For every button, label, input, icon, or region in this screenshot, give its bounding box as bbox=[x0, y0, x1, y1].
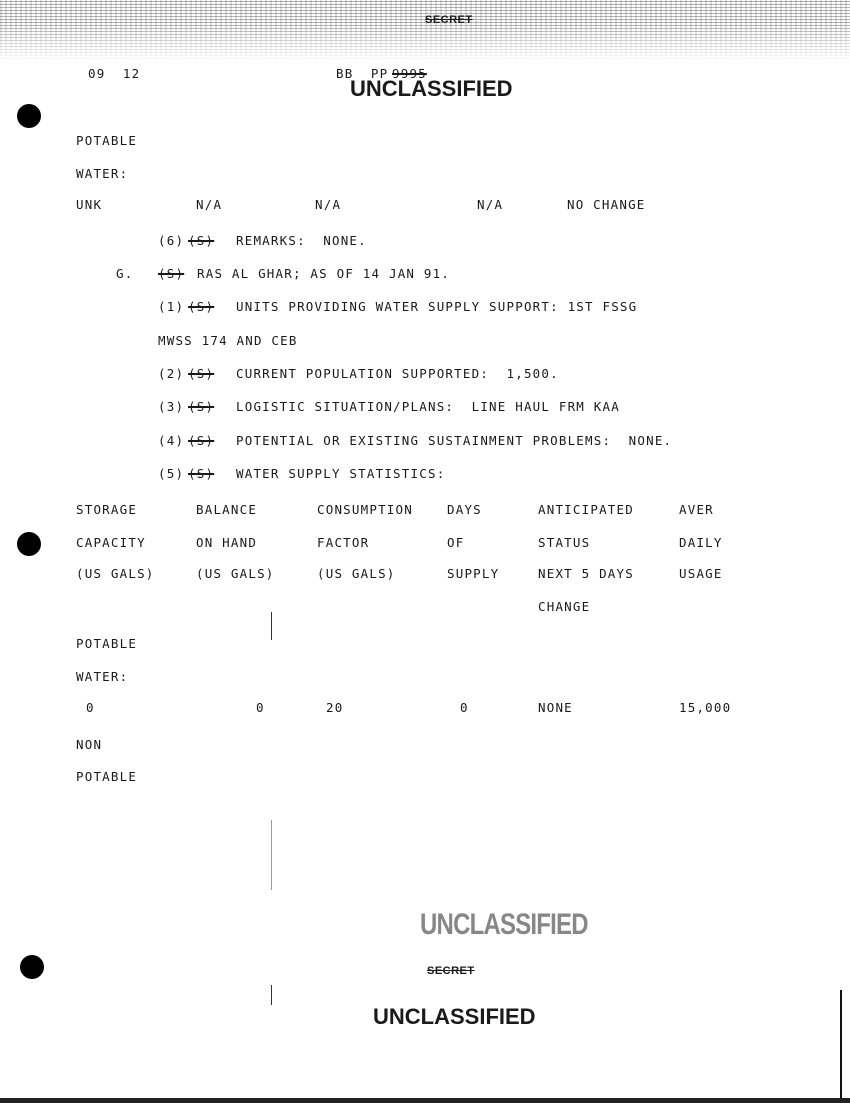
prior-val-4: NO CHANGE bbox=[567, 197, 646, 212]
item-4-struck: (S) bbox=[188, 433, 214, 448]
prior-val-1: N/A bbox=[196, 197, 222, 212]
prior-row-label-1: POTABLE bbox=[76, 133, 137, 148]
item-3-struck: (S) bbox=[188, 399, 214, 414]
footer-struck-secret: SECRET bbox=[427, 965, 475, 977]
item-3-text: LOGISTIC SITUATION/PLANS: LINE HAUL FRM … bbox=[236, 399, 620, 414]
header-classification: UNCLASSIFIED bbox=[350, 76, 513, 102]
header-balance-3: (US GALS) bbox=[196, 566, 275, 581]
header-consumption-2: FACTOR bbox=[317, 535, 369, 550]
header-storage-3: (US GALS) bbox=[76, 566, 155, 581]
header-consumption-1: CONSUMPTION bbox=[317, 502, 413, 517]
item-2-struck: (S) bbox=[188, 366, 214, 381]
date-code: 09 12 bbox=[88, 66, 140, 81]
header-consumption-3: (US GALS) bbox=[317, 566, 396, 581]
cell-balance: 0 bbox=[256, 700, 265, 715]
item-3-number: (3) bbox=[158, 399, 184, 414]
header-aver-2: DAILY bbox=[679, 535, 723, 550]
header-balance-2: ON HAND bbox=[196, 535, 257, 550]
row-potable-label-1: POTABLE bbox=[76, 636, 137, 651]
item-2-text: CURRENT POPULATION SUPPORTED: 1,500. bbox=[236, 366, 559, 381]
header-anticipated-3: NEXT 5 DAYS bbox=[538, 566, 634, 581]
prior-val-0: UNK bbox=[76, 197, 102, 212]
scan-noise-fade bbox=[0, 24, 850, 64]
remarks-number: (6) bbox=[158, 233, 184, 248]
punch-hole-middle bbox=[17, 532, 41, 556]
header-aver-1: AVER bbox=[679, 502, 714, 517]
row-nonpotable-label-2: POTABLE bbox=[76, 769, 137, 784]
item-4-text: POTENTIAL OR EXISTING SUSTAINMENT PROBLE… bbox=[236, 433, 672, 448]
header-aver-3: USAGE bbox=[679, 566, 723, 581]
header-days-3: SUPPLY bbox=[447, 566, 499, 581]
item-1-text: UNITS PROVIDING WATER SUPPLY SUPPORT: 1S… bbox=[236, 299, 637, 314]
prior-row-label-2: WATER: bbox=[76, 166, 128, 181]
header-days-2: OF bbox=[447, 535, 464, 550]
section-letter: G. bbox=[116, 266, 133, 281]
header-storage-2: CAPACITY bbox=[76, 535, 146, 550]
header-anticipated-1: ANTICIPATED bbox=[538, 502, 634, 517]
fold-mark bbox=[271, 612, 272, 640]
cell-anticipated: NONE bbox=[538, 700, 573, 715]
remarks-struck: (S) bbox=[188, 233, 214, 248]
footer-classification: UNCLASSIFIED bbox=[373, 1004, 536, 1030]
row-potable-label-2: WATER: bbox=[76, 669, 128, 684]
cell-storage: 0 bbox=[86, 700, 95, 715]
faded-classification-stamp: UNCLASSIFIED bbox=[420, 908, 588, 942]
header-anticipated-2: STATUS bbox=[538, 535, 590, 550]
fold-mark bbox=[271, 820, 272, 890]
header-balance-1: BALANCE bbox=[196, 502, 257, 517]
cell-consumption: 20 bbox=[326, 700, 343, 715]
header-storage-1: STORAGE bbox=[76, 502, 137, 517]
remarks-text: REMARKS: NONE. bbox=[236, 233, 367, 248]
item-4-number: (4) bbox=[158, 433, 184, 448]
header-anticipated-4: CHANGE bbox=[538, 599, 590, 614]
item-2-number: (2) bbox=[158, 366, 184, 381]
item-1-continuation: MWSS 174 AND CEB bbox=[158, 333, 298, 348]
prior-val-3: N/A bbox=[477, 197, 503, 212]
row-nonpotable-label-1: NON bbox=[76, 737, 102, 752]
item-5-struck: (S) bbox=[188, 466, 214, 481]
item-1-number: (1) bbox=[158, 299, 184, 314]
punch-hole-bottom bbox=[20, 955, 44, 979]
item-1-struck: (S) bbox=[188, 299, 214, 314]
punch-hole-top bbox=[17, 104, 41, 128]
prior-val-2: N/A bbox=[315, 197, 341, 212]
section-title: RAS AL GHAR; AS OF 14 JAN 91. bbox=[197, 266, 450, 281]
header-days-1: DAYS bbox=[447, 502, 482, 517]
top-struck-secret: SECRET bbox=[425, 14, 473, 26]
item-5-number: (5) bbox=[158, 466, 184, 481]
section-struck: (S) bbox=[158, 266, 184, 281]
fold-mark bbox=[271, 985, 272, 1005]
item-5-text: WATER SUPPLY STATISTICS: bbox=[236, 466, 445, 481]
cell-aver-usage: 15,000 bbox=[679, 700, 731, 715]
scan-edge-bottom bbox=[0, 1098, 850, 1103]
cell-days: 0 bbox=[460, 700, 469, 715]
scan-edge-right bbox=[840, 990, 842, 1098]
